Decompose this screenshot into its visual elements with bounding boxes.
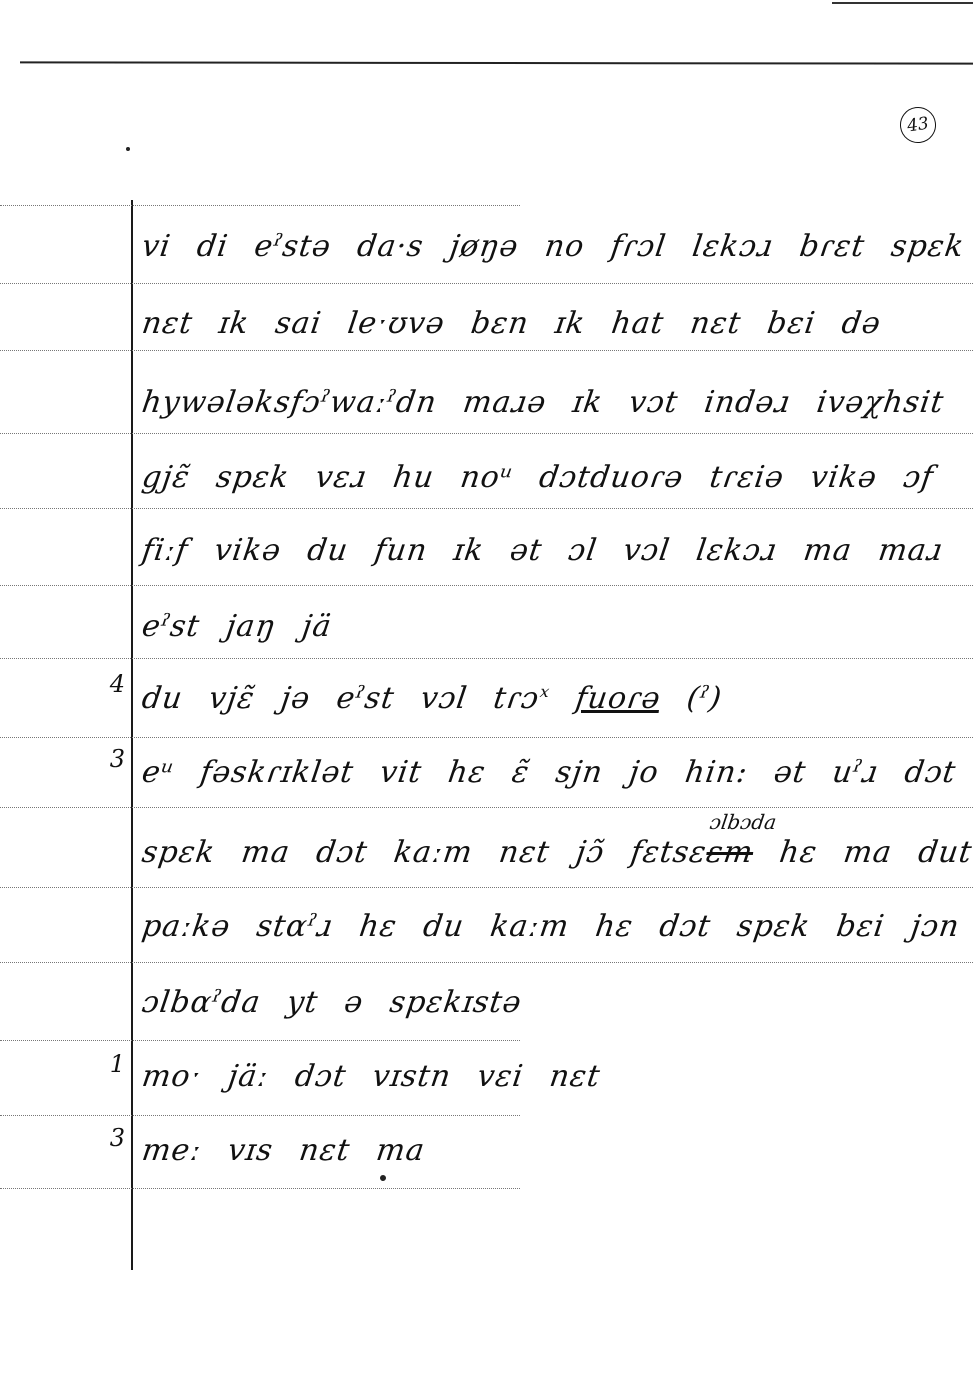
text-line: vi di eˀstə da·s jøŋə no fɾɔl lɛkɔɹ bɾɛt… (140, 216, 963, 262)
line-text-before: spɛk ma dɔt kaːm nɛt jɔ̃ fɛtsɛ (140, 835, 709, 870)
line-trailing: (ˀ) (685, 681, 725, 716)
ruled-line (0, 433, 973, 434)
text-line: fiːf vikə du fun ɪk ət ɔl vɔl lɛkɔɹ ma m… (140, 520, 963, 566)
ink-dot (380, 1175, 386, 1181)
text-line: moˑ jäː dɔt vɪstn vɛi nɛt (140, 1046, 963, 1092)
ruled-line (0, 1115, 520, 1116)
line-text: nɛt ɪk sai leˑʊvə bɛn ɪk hat nɛt bɛi də (140, 309, 883, 339)
line-text: spɛk ma dɔt kaːm nɛt jɔ̃ fɛtsɛɛm hɛ ma d… (140, 838, 973, 868)
line-text: hywələksfɔˀwaːˀdn maɹə ɪk vɔt indəɹ ivəχ… (140, 388, 946, 418)
text-line: eˀst jaŋ jä (140, 596, 963, 642)
ruled-line (0, 1040, 520, 1041)
text-line: paːkə stɑˀɹ hɛ du kaːm hɛ dɔt spɛk bɛi j… (140, 896, 963, 942)
line-text: ɔlbɑˀda yt ə spɛkɪstə (140, 988, 524, 1018)
line-number: 3 (95, 745, 125, 773)
struck-text: ɛm (704, 835, 755, 870)
line-text: vi di eˀstə da·s jøŋə no fɾɔl lɛkɔɹ bɾɛt… (140, 232, 966, 262)
ruled-line (0, 283, 973, 284)
top-rule (20, 61, 973, 64)
ruled-line (0, 807, 973, 808)
underlined-word: fuoɾə (573, 681, 663, 716)
text-line: nɛt ɪk sai leˑʊvə bɛn ɪk hat nɛt bɛi də (140, 293, 963, 339)
line-number: 3 (95, 1124, 125, 1152)
text-line: hywələksfɔˀwaːˀdn maɹə ɪk vɔt indəɹ ivəχ… (140, 372, 963, 418)
line-text: fiːf vikə du fun ɪk ət ɔl vɔl lɛkɔɹ ma m… (140, 536, 945, 566)
note-marker: x (539, 682, 552, 701)
ruled-line (0, 887, 973, 888)
ruled-line (0, 1188, 520, 1189)
ruled-line (0, 658, 973, 659)
ruled-line (0, 962, 973, 963)
text-line: meː vɪs nɛt ma (140, 1120, 963, 1166)
line-text: moˑ jäː dɔt vɪstn vɛi nɛt (140, 1062, 602, 1092)
line-number: 4 (95, 670, 125, 698)
ruled-line (0, 508, 973, 509)
line-text: meː vɪs nɛt ma (140, 1136, 427, 1166)
text-line: du vjɛ̃ jə eˀst vɔl tɾɔx fuoɾə (ˀ) (140, 668, 963, 714)
ruled-line (0, 585, 973, 586)
line-main-text: du vjɛ̃ jə eˀst vɔl tɾɔ (140, 681, 542, 716)
line-text: du vjɛ̃ jə eˀst vɔl tɾɔx fuoɾə (ˀ) (140, 684, 724, 714)
line-number: 1 (95, 1050, 125, 1078)
text-line: gjɛ̃ spɛk vɛɹ hu noᵘ dɔtduoɾə tɾɛiə vikə… (140, 447, 963, 493)
line-text: gjɛ̃ spɛk vɛɹ hu noᵘ dɔtduoɾə tɾɛiə vikə… (140, 463, 936, 493)
top-corner-rule (832, 2, 973, 4)
line-text: paːkə stɑˀɹ hɛ du kaːm hɛ dɔt spɛk bɛi j… (140, 912, 962, 942)
line-text-after: hɛ ma dut (751, 835, 973, 870)
text-line: spɛk ma dɔt kaːm nɛt jɔ̃ fɛtsɛɛm hɛ ma d… (140, 822, 963, 868)
stray-mark (126, 147, 130, 151)
margin-line (131, 200, 133, 1270)
text-line: ɔlbɑˀda yt ə spɛkɪstə (140, 972, 963, 1018)
page-number: 43 (898, 105, 939, 146)
line-text: eᵘ fəskɾɪklət vit hɛ ɛ̃ sjn jo hin: ət u… (140, 758, 958, 788)
text-line: eᵘ fəskɾɪklət vit hɛ ɛ̃ sjn jo hin: ət u… (140, 742, 963, 788)
line-text: eˀst jaŋ jä (140, 612, 334, 642)
ruled-line (0, 737, 973, 738)
ruled-line (0, 205, 520, 206)
ruled-line (0, 350, 973, 351)
